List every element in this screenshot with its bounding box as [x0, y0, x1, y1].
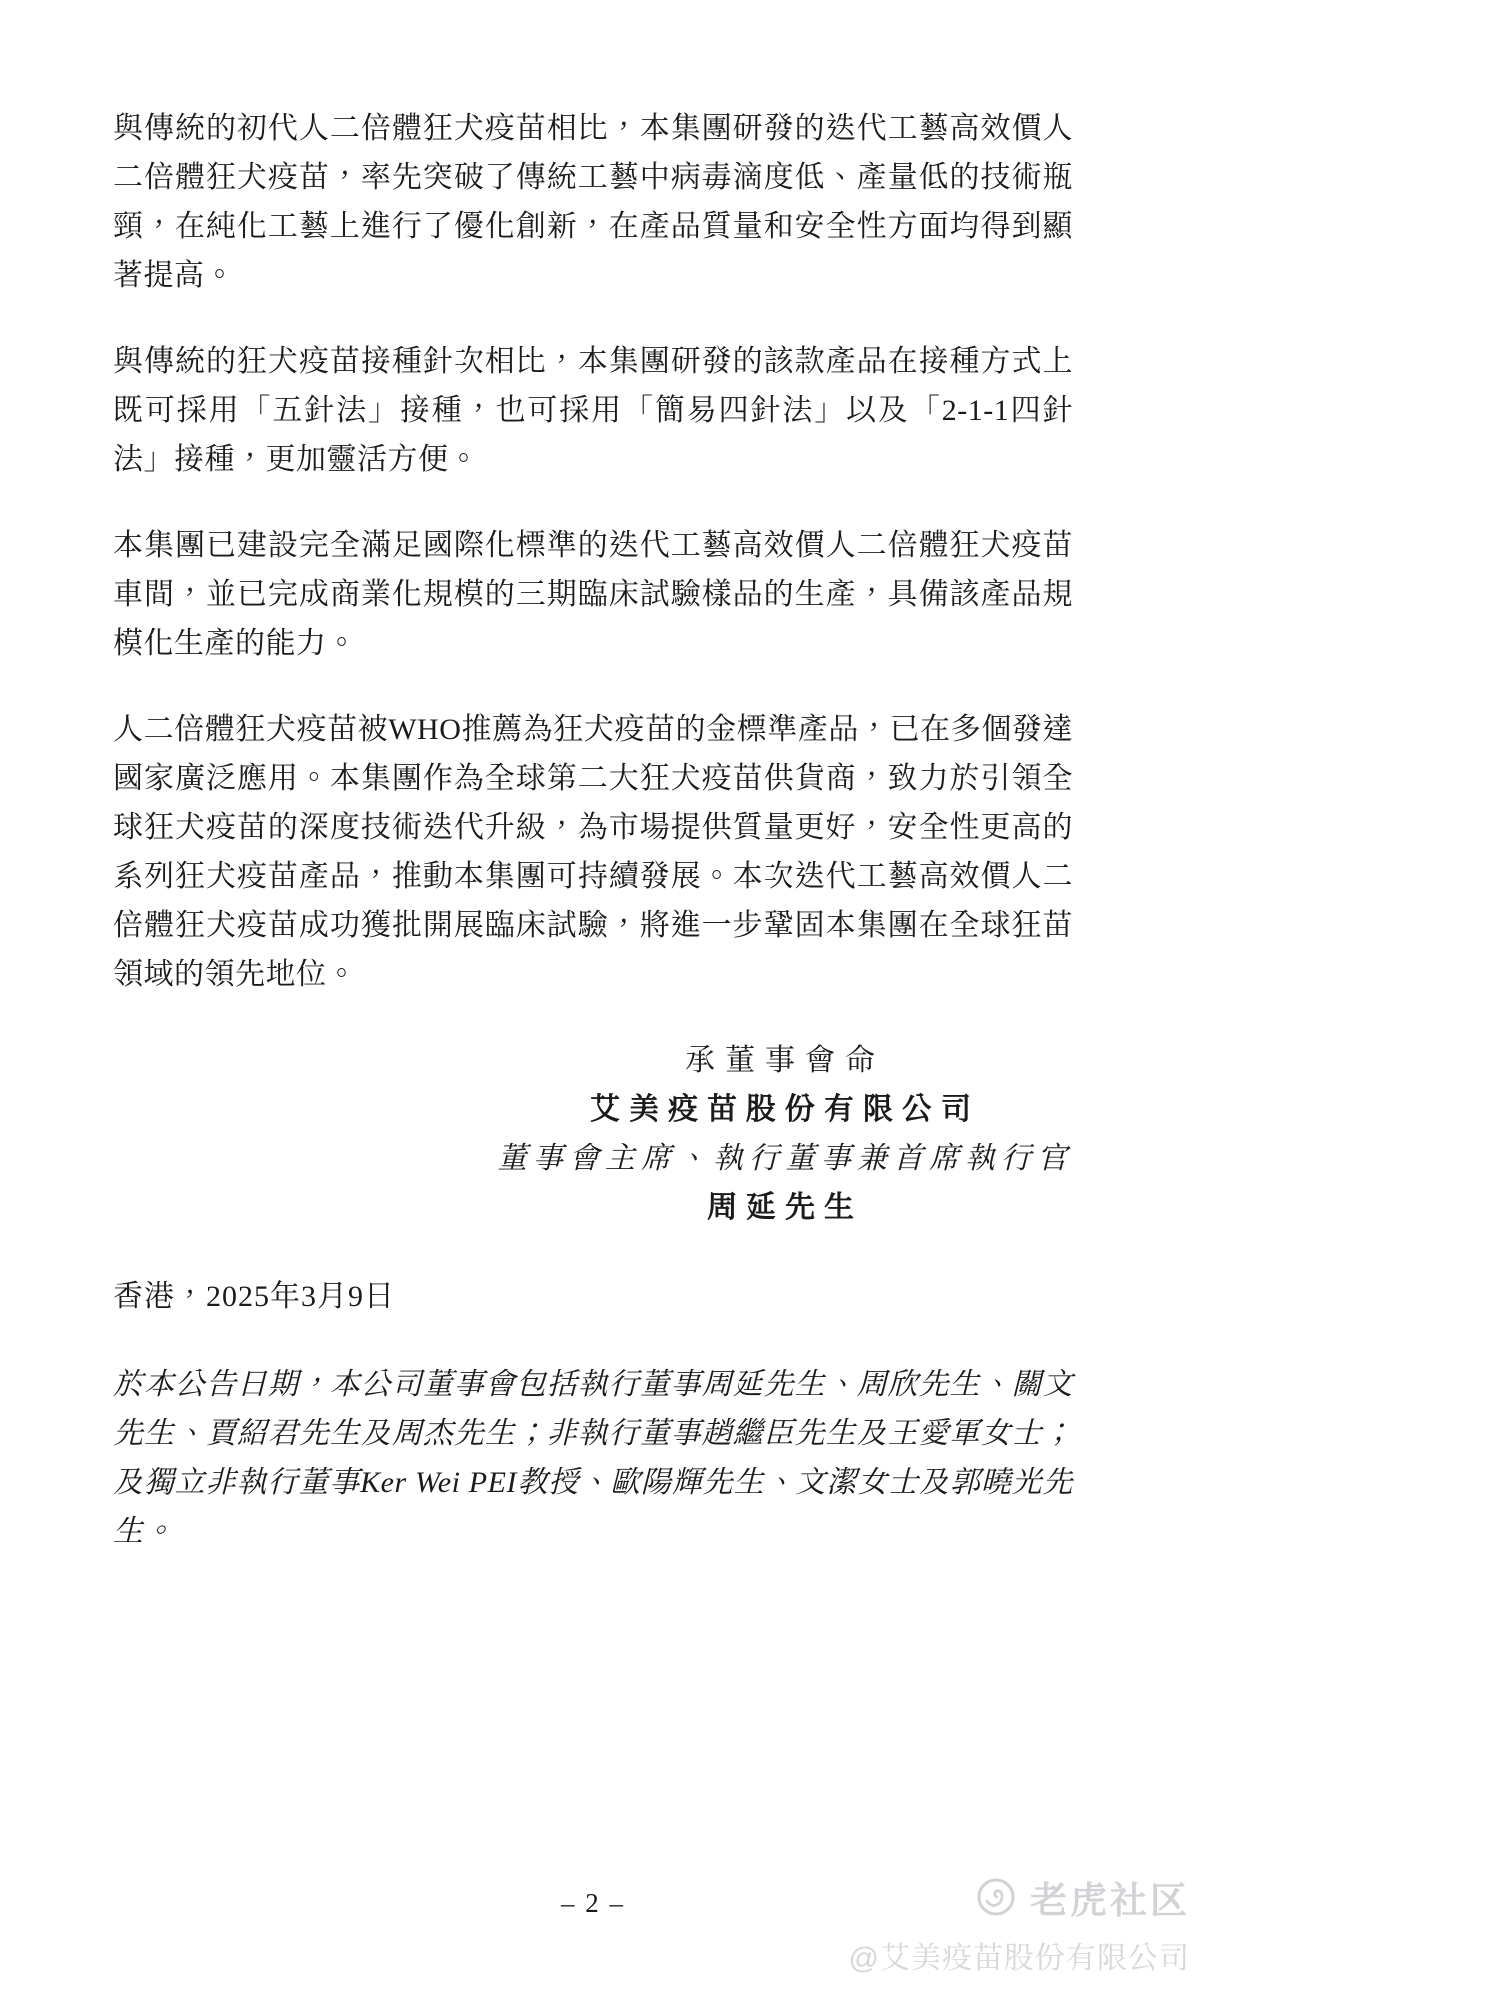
paragraph-who-gold-standard: 人二倍體狂犬疫苗被WHO推薦為狂犬疫苗的金標準產品，已在多個發達國家廣泛應用。本… — [113, 705, 1073, 999]
announcement-body: 與傳統的初代人二倍體狂犬疫苗相比，本集團研發的迭代工藝高效價人二倍體狂犬疫苗，率… — [113, 104, 1073, 1586]
signature-person-name: 周延先生 — [497, 1183, 1073, 1232]
paragraph-injection-methods: 與傳統的狂犬疫苗接種針次相比，本集團研發的該款產品在接種方式上既可採用「五針法」… — [113, 337, 1073, 484]
watermark-brand-label: 老虎社区 — [1030, 1870, 1190, 1924]
watermark-handle: @艾美疫苗股份有限公司 — [849, 1933, 1190, 1977]
signature-on-behalf: 承董事會命 — [497, 1036, 1073, 1085]
dateline: 香港，2025年3月9日 — [113, 1272, 1073, 1321]
tiger-circle-icon — [976, 1877, 1016, 1917]
signature-block-wrapper: 承董事會命 艾美疫苗股份有限公司 董事會主席、執行董事兼首席執行官 周延先生 — [113, 1036, 1073, 1232]
signature-company-name: 艾美疫苗股份有限公司 — [497, 1085, 1073, 1134]
paragraph-workshop-capacity: 本集團已建設完全滿足國際化標準的迭代工藝高效價人二倍體狂犬疫苗車間，並已完成商業… — [113, 521, 1073, 668]
signature-title: 董事會主席、執行董事兼首席執行官 — [497, 1134, 1073, 1183]
paragraph-process-breakthrough: 與傳統的初代人二倍體狂犬疫苗相比，本集團研發的迭代工藝高效價人二倍體狂犬疫苗，率… — [113, 104, 1073, 300]
watermark-brand-row: 老虎社区 — [849, 1870, 1190, 1924]
watermark: 老虎社区 @艾美疫苗股份有限公司 — [849, 1870, 1190, 1977]
signature-block: 承董事會命 艾美疫苗股份有限公司 董事會主席、執行董事兼首席執行官 周延先生 — [497, 1036, 1073, 1232]
announcement-page: 與傳統的初代人二倍體狂犬疫苗相比，本集團研發的迭代工藝高效價人二倍體狂犬疫苗，率… — [0, 0, 1500, 1999]
directors-note: 於本公告日期，本公司董事會包括執行董事周延先生、周欣先生、關文先生、賈紹君先生及… — [113, 1360, 1073, 1556]
